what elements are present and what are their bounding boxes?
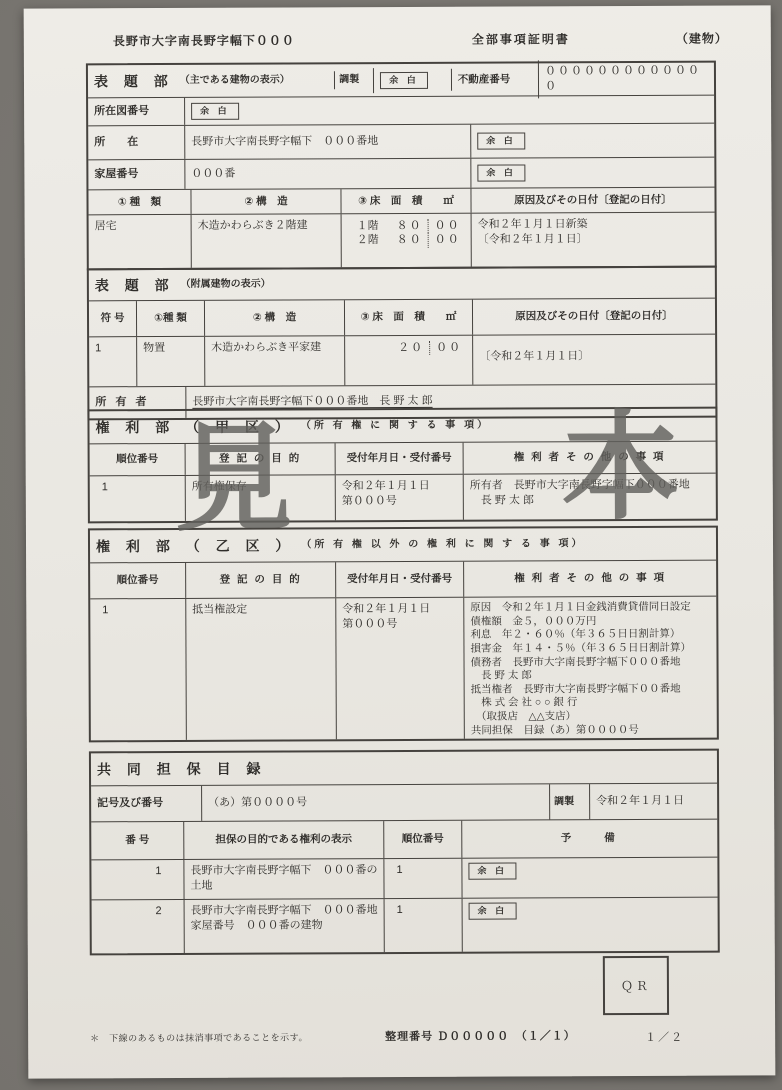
annex-data-row: 1 物置 木造かわらぶき平家建 ２０ ００ 〔令和２年１月１日〕 xyxy=(89,334,715,387)
document-header: 長野市大字南長野字幅下０００ 全部事項証明書 （建物） xyxy=(24,29,771,32)
location-label: 所 在 xyxy=(88,126,184,159)
rank-value: 1 xyxy=(90,476,185,521)
section-title-cell: 表 題 部 （主である建物の表示） xyxy=(88,67,334,95)
cause-date-value: 〔令和２年１月１日〕 xyxy=(472,335,715,385)
mortgage-details: 原因 令和２年１月１日金銭消費貸借同日設定 債権額 金５，０００万円 利息 年２… xyxy=(463,597,717,739)
column-kind: ①種 類 xyxy=(136,301,204,336)
column-receipt: 受付年月日・受付番号 xyxy=(335,443,463,475)
column-purpose: 登 記 の 目 的 xyxy=(185,443,335,475)
otsu-title-row: 権 利 部 （ 乙 区 ） （所 有 権 以 外 の 権 利 に 関 す る 事… xyxy=(90,528,716,563)
column-reserve: 予 備 xyxy=(461,820,717,858)
kou-data-row: 1 所有権保存 令和２年１月１日 第０００号 所有者 長野市大字南長野字幅下００… xyxy=(90,473,716,522)
qr-label: ＱＲ xyxy=(621,977,651,994)
symbol-number-value: （あ）第００００号 xyxy=(201,784,549,821)
chousei-value: 令和２年１月１日 xyxy=(589,784,717,820)
floor-2-line: ２階 ８０ ００ xyxy=(348,233,465,248)
column-holder: 権 利 者 そ の 他 の 事 項 xyxy=(463,561,716,597)
kyodo-title-row: 共 同 担 保 目 録 xyxy=(91,751,717,786)
rank-value: 1 xyxy=(90,599,186,740)
annex-header-row: 符 号 ①種 類 ② 構 造 ③ 床 面 積 ㎡ 原因及びその日付〔登記の日付〕 xyxy=(89,298,715,337)
document-footer: ＊ 下線のあるものは抹消事項であることを示す。 整理番号 Ｄ０００００ （１／１… xyxy=(28,1026,775,1029)
symbol-number-label: 記号及び番号 xyxy=(91,786,201,821)
collateral-reserve-cell: 余 白 xyxy=(461,858,717,898)
main-building-data-row: 居宅 木造かわらぶき２階建 １階 ８０ ００ ２階 ８０ ００ 令和２年１月１日… xyxy=(89,212,715,269)
chousei-value-cell: 余 白 xyxy=(373,67,451,92)
section-title: 共 同 担 保 目 録 xyxy=(97,759,267,779)
section-subtitle: （附属建物の表示） xyxy=(181,278,271,292)
house-number-value: ０００番 xyxy=(184,159,470,189)
section-subtitle: （所 有 権 に 関 す る 事 項） xyxy=(301,419,490,433)
location-blank-cell: 余 白 xyxy=(470,124,714,158)
kind-value: 物置 xyxy=(136,337,204,386)
column-floor-area: ③ 床 面 積 ㎡ xyxy=(340,189,470,214)
otsu-title-cell: 権 利 部 （ 乙 区 ） （所 有 権 以 外 の 権 利 に 関 す る 事… xyxy=(90,530,716,560)
section-joint-collateral: 共 同 担 保 目 録 記号及び番号 （あ）第００００号 調製 令和２年１月１日… xyxy=(89,749,720,956)
floor-2-dec: ００ xyxy=(428,233,465,247)
purpose-value: 所有権保存 xyxy=(185,475,335,521)
section-title: 権 利 部 （ 甲 区 ） xyxy=(95,417,294,437)
kyodo-header-row: 番 号 担保の目的である権利の表示 順位番号 予 備 xyxy=(91,819,717,860)
column-collateral-display: 担保の目的である権利の表示 xyxy=(183,821,383,859)
header-location: 長野市大字南長野字幅下０００ xyxy=(113,31,295,49)
section-rights-otsu: 権 利 部 （ 乙 区 ） （所 有 権 以 外 の 権 利 に 関 す る 事… xyxy=(88,526,719,743)
purpose-value: 抵当権設定 xyxy=(185,598,336,740)
column-symbol: 符 号 xyxy=(89,301,136,336)
annex-title-row: 表 題 部 （附属建物の表示） xyxy=(89,268,715,301)
blank-marker: 余 白 xyxy=(191,103,239,120)
kyodo-symbol-row: 記号及び番号 （あ）第００００号 調製 令和２年１月１日 xyxy=(91,783,717,822)
kou-title-cell: 権 利 部 （ 甲 区 ） （所 有 権 に 関 す る 事 項） xyxy=(89,411,715,441)
column-cause-date: 原因及びその日付〔登記の日付〕 xyxy=(472,299,715,335)
blank-marker: 余 白 xyxy=(477,164,525,181)
floor-area-value: １階 ８０ ００ ２階 ８０ ００ xyxy=(341,214,471,268)
map-number-row: 所在図番号 余 白 xyxy=(88,95,714,126)
house-number-blank-cell: 余 白 xyxy=(470,158,714,188)
floor-2-label: ２階 xyxy=(357,233,379,247)
document-page: 長野市大字南長野字幅下０００ 全部事項証明書 （建物） 表 題 部 （主である建… xyxy=(24,5,776,1078)
blank-marker: 余 白 xyxy=(468,862,516,879)
property-number-label: 不動産番号 xyxy=(451,68,538,91)
chousei-label: 調製 xyxy=(334,71,373,89)
section-annex-building: 表 題 部 （附属建物の表示） 符 号 ①種 類 ② 構 造 ③ 床 面 積 ㎡… xyxy=(87,266,718,421)
collateral-number: 2 xyxy=(92,900,184,953)
section-subtitle: （主である建物の表示） xyxy=(180,74,290,88)
floor-area-value: ２０ ００ xyxy=(344,336,472,386)
main-table-header-row: ① 種 類 ② 構 造 ③ 床 面 積 ㎡ 原因及びその日付〔登記の日付〕 xyxy=(88,187,714,215)
section-main-building: 表 題 部 （主である建物の表示） 調製 余 白 不動産番号 ０００００００００… xyxy=(86,61,717,271)
column-rank: 順位番号 xyxy=(383,821,461,858)
floor-2-int: ８０ xyxy=(393,233,423,247)
kind-value: 居宅 xyxy=(89,215,191,268)
house-number-row: 家屋番号 ０００番 余 白 xyxy=(88,157,714,190)
column-receipt: 受付年月日・受付番号 xyxy=(335,562,463,598)
collateral-number: 1 xyxy=(91,860,183,899)
floor-1-line: １階 ８０ ００ xyxy=(348,219,465,234)
collateral-row-2: 2 長野市大字南長野字幅下 ０００番地 家屋番号 ０００番の建物 1 余 白 xyxy=(92,897,718,954)
collateral-rank: 1 xyxy=(384,899,462,952)
location-value: 長野市大字南長野字幅下 ０００番地 xyxy=(184,125,470,159)
column-rank: 順位番号 xyxy=(90,444,185,475)
kou-header-row: 順位番号 登 記 の 目 的 受付年月日・受付番号 権 利 者 そ の 他 の … xyxy=(90,441,716,476)
floor-1-int: ８０ xyxy=(393,219,423,233)
cause-date-value: 令和２年１月１日新築 〔令和２年１月１日〕 xyxy=(471,213,715,267)
reference-number: 整理番号 Ｄ０００００ （１／１） xyxy=(385,1027,576,1044)
document-type: （建物） xyxy=(676,30,728,47)
document-title: 全部事項証明書 xyxy=(472,30,570,47)
house-number-label: 家屋番号 xyxy=(88,160,184,189)
column-kind: ① 種 類 xyxy=(88,190,190,214)
reference-number-value: Ｄ０００００ （１／１） xyxy=(437,1030,576,1043)
section-rights-kou: 権 利 部 （ 甲 区 ） （所 有 権 に 関 す る 事 項） 順位番号 登… xyxy=(87,407,717,524)
section-title: 表 題 部 xyxy=(95,276,175,295)
blank-marker: 余 白 xyxy=(380,71,428,88)
collateral-reserve-cell: 余 白 xyxy=(462,898,718,952)
column-structure: ② 構 造 xyxy=(204,300,344,336)
otsu-data-row: 1 抵当権設定 令和２年１月１日 第０００号 原因 令和２年１月１日金銭消費貸借… xyxy=(90,596,717,741)
location-row: 所 在 長野市大字南長野字幅下 ０００番地 余 白 xyxy=(88,123,714,160)
otsu-header-row: 順位番号 登 記 の 目 的 受付年月日・受付番号 権 利 者 そ の 他 の … xyxy=(90,560,716,599)
collateral-display: 長野市大字南長野字幅下 ０００番地 家屋番号 ０００番の建物 xyxy=(184,899,384,953)
map-number-value-cell: 余 白 xyxy=(184,96,714,125)
receipt-value: 令和２年１月１日 第０００号 xyxy=(335,598,464,740)
map-number-label: 所在図番号 xyxy=(88,98,184,125)
annex-title-cell: 表 題 部 （附属建物の表示） xyxy=(89,269,715,299)
structure-value: 木造かわらぶき平家建 xyxy=(204,336,344,386)
page-number: １／２ xyxy=(645,1029,684,1045)
kyodo-title-cell: 共 同 担 保 目 録 xyxy=(91,753,717,783)
annex-area-dec: ００ xyxy=(429,341,466,355)
column-rank: 順位番号 xyxy=(90,563,185,598)
kou-title-row: 権 利 部 （ 甲 区 ） （所 有 権 に 関 す る 事 項） xyxy=(89,409,715,444)
footer-underline-note: ＊ 下線のあるものは抹消事項であることを示す。 xyxy=(90,1030,308,1044)
property-number-value: ０００００００００００００ xyxy=(538,60,714,98)
collateral-row-1: 1 長野市大字南長野字幅下 ０００番の土地 1 余 白 xyxy=(91,857,717,900)
column-floor-area: ③ 床 面 積 ㎡ xyxy=(344,300,472,336)
collateral-rank: 1 xyxy=(383,859,461,898)
blank-marker: 余 白 xyxy=(477,132,525,149)
collateral-display: 長野市大字南長野字幅下 ０００番の土地 xyxy=(183,859,383,899)
blank-marker: 余 白 xyxy=(469,902,517,919)
chousei-label: 調製 xyxy=(549,784,589,819)
section-title: 権 利 部 （ 乙 区 ） xyxy=(96,536,295,556)
holder-value: 所有者 長野市大字南長野字幅下０００番地 長 野 太 郎 xyxy=(463,474,716,520)
section-subtitle: （所 有 権 以 外 の 権 利 に 関 す る 事 項） xyxy=(301,537,584,552)
column-cause-date: 原因及びその日付〔登記の日付〕 xyxy=(470,188,714,213)
receipt-value: 令和２年１月１日 第０００号 xyxy=(335,475,463,521)
annex-area-int: ２０ xyxy=(394,341,424,355)
section-main-title-row: 表 題 部 （主である建物の表示） 調製 余 白 不動産番号 ０００００００００… xyxy=(88,63,714,98)
column-number: 番 号 xyxy=(91,822,183,859)
reference-number-label: 整理番号 xyxy=(385,1031,433,1043)
floor-1-dec: ００ xyxy=(428,219,465,233)
qr-code-placeholder: ＱＲ xyxy=(603,956,669,1015)
section-title: 表 題 部 xyxy=(94,72,174,91)
column-structure: ② 構 造 xyxy=(190,189,340,214)
annex-area-line: ２０ ００ xyxy=(351,341,466,356)
column-purpose: 登 記 の 目 的 xyxy=(185,562,335,598)
symbol-value: 1 xyxy=(89,337,136,386)
column-holder: 権 利 者 そ の 他 の 事 項 xyxy=(463,442,716,474)
floor-1-label: １階 xyxy=(357,219,379,233)
structure-value: 木造かわらぶき２階建 xyxy=(191,214,341,268)
